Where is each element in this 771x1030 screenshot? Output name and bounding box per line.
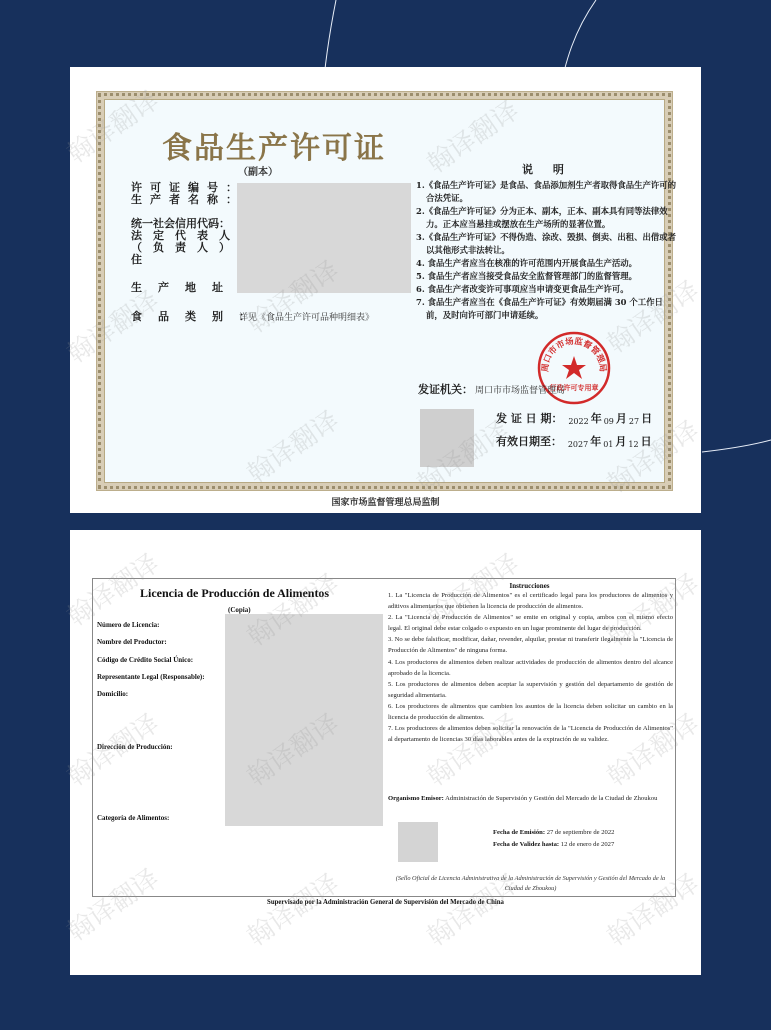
month-unit: 月 xyxy=(616,412,627,425)
valid-until-year: 2027 xyxy=(568,440,588,449)
issue-date-day: 27 xyxy=(629,417,639,426)
es-issuer-label: Organismo Emisor: xyxy=(388,795,444,802)
es-field-production-address: Dirección de Producción: xyxy=(97,743,173,751)
es-issuer: Organismo Emisor: Administración de Supe… xyxy=(388,793,673,804)
es-valid-until-value: 12 de enero de 2027 xyxy=(561,841,614,848)
cn-notes-title: 说 明 xyxy=(522,161,572,177)
cn-certificate-title: 食品生产许可证 xyxy=(162,123,386,167)
valid-until-date: 有效日期至： 2027年01月12日 xyxy=(496,433,652,449)
certificate-border-frame: 食品生产许可证 （副本） 许可证编号： 生产者名称： 统一社会信用代码： 法定代… xyxy=(97,92,672,490)
cn-note-item: 7. 食品生产者应当在《食品生产许可证》有效期届满 30 个工作日前，及时向许可… xyxy=(416,296,676,322)
es-field-food-category: Categoría de Alimentos: xyxy=(97,814,169,822)
es-issue-date-label: Fecha de Emisión: xyxy=(493,829,545,836)
issue-date-month: 09 xyxy=(604,417,614,426)
issuer-label: 发证机关： xyxy=(418,381,473,397)
es-instructions-title: Instrucciones xyxy=(388,582,671,590)
es-instruction-item: 2. La "Licencia de Producción de Aliment… xyxy=(388,612,673,634)
es-issue-date-value: 27 de septiembre de 2022 xyxy=(547,829,615,836)
cn-note-item: 3.《食品生产许可证》不得伪造、涂改、毁损、倒卖、出租、出借或者以其他形式非法转… xyxy=(416,231,676,257)
es-instruction-item: 1. La "Licencia de Producción de Aliment… xyxy=(388,590,673,612)
chinese-license-card: 食品生产许可证 （副本） 许可证编号： 生产者名称： 统一社会信用代码： 法定代… xyxy=(70,67,701,513)
es-valid-until-label: Fecha de Validez hasta: xyxy=(493,841,559,848)
field-label-producer-name: 生产者名称： xyxy=(131,194,245,206)
food-category-value: 详见《食品生产许可品种明细表》 xyxy=(239,310,374,323)
cn-supervision-footer: 国家市场监督管理总局监制 xyxy=(70,495,701,508)
year-unit: 年 xyxy=(591,412,602,425)
month-unit: 月 xyxy=(615,435,626,448)
es-instruction-item: 6. Los productores de alimentos que camb… xyxy=(388,701,673,723)
es-instruction-item: 3. No se debe falsificar, modificar, dañ… xyxy=(388,634,673,656)
es-field-credit-code: Código de Crédito Social Único: xyxy=(97,656,193,664)
cn-copy-label: （副本） xyxy=(238,163,278,178)
issuer-value: 周口市市场监督管理局 xyxy=(475,383,565,396)
cn-note-item: 4. 食品生产者应当在核准的许可范围内开展食品生产活动。 xyxy=(416,257,676,270)
es-field-producer-name: Nombre del Productor: xyxy=(97,638,167,646)
cn-note-item: 5. 食品生产者应当接受食品安全监督管理部门的监督管理。 xyxy=(416,270,676,283)
issue-date-year: 2022 xyxy=(568,417,588,426)
cn-note-item: 2.《食品生产许可证》分为正本、副本，正本、副本具有同等法律效力。正本应当悬挂或… xyxy=(416,205,676,231)
es-issuer-value: Administración de Supervisión y Gestión … xyxy=(445,795,657,802)
es-field-domicile: Domicilio: xyxy=(97,690,128,698)
issue-date-label: 发 证 日 期： xyxy=(496,412,563,425)
redacted-qr-code xyxy=(398,822,438,862)
es-certificate-title: Licencia de Producción de Alimentos xyxy=(140,586,329,601)
es-field-legal-rep: Representante Legal (Responsable): xyxy=(97,673,205,681)
es-copy-label: (Copia) xyxy=(228,606,251,614)
es-dates: Fecha de Emisión: 27 de septiembre de 20… xyxy=(493,827,614,851)
es-instruction-item: 4. Los productores de alimentos deben re… xyxy=(388,657,673,679)
day-unit: 日 xyxy=(641,412,652,425)
cn-notes-list: 1.《食品生产许可证》是食品、食品添加剂生产者取得食品生产许可的合法凭证。 2.… xyxy=(416,179,676,322)
cn-note-item: 1.《食品生产许可证》是食品、食品添加剂生产者取得食品生产许可的合法凭证。 xyxy=(416,179,676,205)
es-supervision-footer: Supervisado por la Administración Genera… xyxy=(70,899,701,906)
redacted-field-values xyxy=(225,614,383,826)
es-field-license-number: Número de Licencia: xyxy=(97,621,159,629)
es-instructions-list: 1. La "Licencia de Producción de Aliment… xyxy=(388,590,673,745)
cn-note-item: 6. 食品生产者改变许可事项应当申请变更食品生产许可。 xyxy=(416,283,676,296)
spanish-license-card: Licencia de Producción de Alimentos (Cop… xyxy=(70,530,701,975)
year-unit: 年 xyxy=(590,435,601,448)
valid-until-label: 有效日期至： xyxy=(496,435,562,448)
es-instruction-item: 7. Los productores de alimentos deben so… xyxy=(388,723,673,745)
es-seal-note: (Sello Oficial de Licencia Administrativ… xyxy=(388,874,673,894)
es-instruction-item: 5. Los productores de alimentos deben ac… xyxy=(388,679,673,701)
redacted-qr-code xyxy=(420,409,474,467)
day-unit: 日 xyxy=(641,435,652,448)
redacted-field-values xyxy=(237,183,411,293)
valid-until-day: 12 xyxy=(628,440,638,449)
valid-until-month: 01 xyxy=(603,440,613,449)
issue-date: 发 证 日 期： 2022年09月27日 xyxy=(496,410,652,426)
